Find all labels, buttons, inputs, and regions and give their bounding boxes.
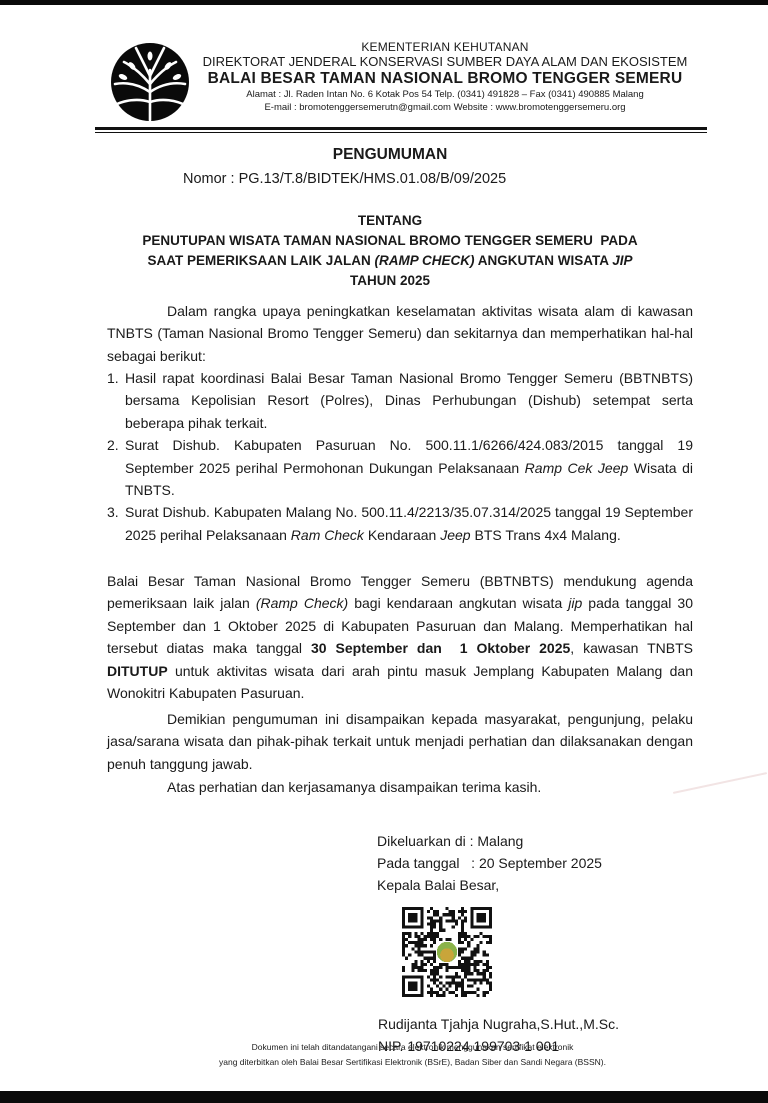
paragraph-text: , kawasan TNBTS [570,640,693,656]
paragraph-text: untuk aktivitas wisata dari arah pintu m… [107,663,693,701]
issued-at: Dikeluarkan di : Malang [377,830,602,852]
signature-block: Dikeluarkan di : Malang Pada tanggal : 2… [377,830,602,896]
document-title: PENGUMUMAN [100,146,680,164]
letterhead-divider-thin [95,132,707,133]
ministry-name: KEMENTERIAN KEHUTANAN [200,40,690,54]
footnote-line: Dokumen ini telah ditandatangani secara … [100,1040,725,1055]
document-subject: TENTANG PENUTUPAN WISATA TAMAN NASIONAL … [100,211,680,291]
list-item: 1. Hasil rapat koordinasi Balai Besar Ta… [107,367,693,434]
issued-on: Pada tanggal : 20 September 2025 [377,852,602,874]
subject-text: SAAT PEMERIKSAAN LAIK JALAN [147,253,374,268]
e-signature-note: Dokumen ini telah ditandatangani secara … [100,1040,725,1070]
list-number: 3. [107,501,119,523]
signer-position: Kepala Balai Besar, [377,874,602,896]
bottom-black-bar [0,1091,768,1103]
qr-code-icon [402,907,492,997]
about-label: TENTANG [100,211,680,231]
subject-line-2: SAAT PEMERIKSAAN LAIK JALAN (RAMP CHECK)… [100,251,680,271]
subject-line-1: PENUTUPAN WISATA TAMAN NASIONAL BROMO TE… [100,231,680,251]
top-black-bar [0,0,768,5]
list-text-italic: Jeep [440,527,470,543]
closing-paragraph: Demikian pengumuman ini disampaikan kepa… [107,708,693,775]
footnote-line: yang diterbitkan oleh Balai Besar Sertif… [100,1055,725,1070]
support-paragraph: Balai Besar Taman Nasional Bromo Tengger… [107,570,693,704]
tree-emblem-icon [110,42,190,122]
list-number: 1. [107,367,119,389]
document-number: Nomor : PG.13/T.8/BIDTEK/HMS.01.08/B/09/… [183,171,506,187]
closed-status: DITUTUP [107,663,168,679]
office-name: BALAI BESAR TAMAN NASIONAL BROMO TENGGER… [200,69,690,88]
letterhead-divider [95,127,707,130]
list-item: 2. Surat Dishub. Kabupaten Pasuruan No. … [107,434,693,501]
office-address: Alamat : Jl. Raden Intan No. 6 Kotak Pos… [200,88,690,101]
list-item: 3. Surat Dishub. Kabupaten Malang No. 50… [107,501,693,546]
paragraph-text: bagi kendaraan angkutan wisata [348,595,568,611]
subject-italic: (RAMP CHECK) [375,253,475,268]
list-text: Hasil rapat koordinasi Balai Besar Taman… [125,370,693,431]
list-number: 2. [107,434,119,456]
thanks-paragraph: Atas perhatian dan kerjasamanya disampai… [107,776,693,798]
subject-line-3: TAHUN 2025 [100,271,680,291]
list-text: BTS Trans 4x4 Malang. [471,527,621,543]
signer-name: Rudijanta Tjahja Nugraha,S.Hut.,M.Sc. [378,1013,619,1035]
considerations-list: 1. Hasil rapat koordinasi Balai Besar Ta… [107,367,693,546]
closure-dates: 30 September dan 1 Oktober 2025 [311,640,570,656]
list-text-italic: Ramp Cek Jeep [525,460,629,476]
subject-text: ANGKUTAN WISATA [475,253,613,268]
directorate-name: DIREKTORAT JENDERAL KONSERVASI SUMBER DA… [200,54,690,69]
letterhead: KEMENTERIAN KEHUTANAN DIREKTORAT JENDERA… [200,40,690,114]
subject-italic: JIP [612,253,632,268]
intro-paragraph: Dalam rangka upaya peningkatkan keselama… [107,300,693,367]
paragraph-italic: jip [568,595,582,611]
list-text-italic: Ram Check [291,527,364,543]
office-contact: E-mail : bromotenggersemerutn@gmail.com … [200,101,690,114]
paragraph-italic: (Ramp Check) [256,595,348,611]
list-text: Kendaraan [364,527,440,543]
